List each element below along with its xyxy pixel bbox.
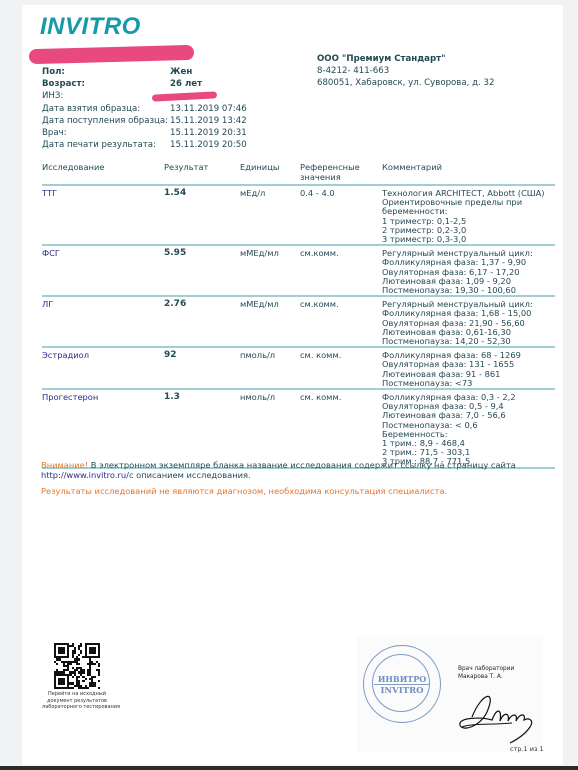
comment: Регулярный менструальный цикл:Фолликуляр… <box>382 296 555 347</box>
patient-field: Дата печати результата:15.11.2019 20:50 <box>42 139 247 151</box>
units: нмоль/л <box>240 389 300 468</box>
table-row: ЛГ2.76мМЕд/млсм.комм.Регулярный менструа… <box>42 296 555 347</box>
page-number: стр.1 из 1 <box>510 745 544 753</box>
result-value: 1.3 <box>164 389 240 468</box>
patient-field: Дата поступления образца:15.11.2019 13:4… <box>42 115 247 127</box>
notice-text-2: с описанием исследования. <box>129 470 251 480</box>
header-result: Результат <box>164 163 240 185</box>
notice-warning: Внимание! <box>41 460 88 470</box>
header-reference-line: значения <box>300 173 382 183</box>
invitro-link[interactable]: http://www.invitro.ru/ <box>41 470 129 480</box>
patient-info: Пол:ЖенВозраст:26 летИНЗ:Дата взятия обр… <box>42 66 247 151</box>
header-comment: Комментарий <box>382 163 555 185</box>
comment-line: Постменопауза: 14,20 - 52,30 <box>382 337 555 346</box>
patient-field-label: Дата взятия образца: <box>42 103 170 115</box>
qr-caption-line: Перейти на исходный <box>42 691 112 698</box>
header-reference: Референсныезначения <box>300 163 382 185</box>
result-value: 92 <box>164 347 240 389</box>
table-row: Прогестерон1.3нмоль/лсм. комм.Фолликуляр… <box>42 389 555 468</box>
notice-text: В электронном экземпляре бланка название… <box>88 460 516 470</box>
lab-info: ООО "Премиум Стандарт" 8-4212- 411-663 6… <box>317 53 494 89</box>
test-name-link[interactable]: Прогестерон <box>42 389 164 468</box>
patient-field-label: Пол: <box>42 66 170 78</box>
doctor-name: Макарова Т. А. <box>458 673 514 681</box>
test-name-link[interactable]: Эстрадиол <box>42 347 164 389</box>
patient-field-label: Возраст: <box>42 78 170 90</box>
units: мМЕд/мл <box>240 296 300 347</box>
lab-address: 680051, Хабаровск, ул. Суворова, д. 32 <box>317 77 494 89</box>
result-value: 1.54 <box>164 185 240 245</box>
patient-field: Пол:Жен <box>42 66 247 78</box>
redaction-mark <box>29 45 194 64</box>
signature-icon <box>452 687 540 747</box>
test-name-link[interactable]: ТТГ <box>42 185 164 245</box>
lab-report-page: INVITRO Пол:ЖенВозраст:26 летИНЗ:Дата вз… <box>22 5 563 765</box>
comment-line: Постменопауза: 19,30 - 100,60 <box>382 286 555 295</box>
signature-area: ИНВИТРО INVITRO Врач лаборатории Макаров… <box>357 637 542 752</box>
doctor-title: Врач лаборатории <box>458 665 514 673</box>
invitro-logo: INVITRO <box>40 13 141 41</box>
result-value: 2.76 <box>164 296 240 347</box>
table-row: ТТГ1.54мЕд/л0.4 - 4.0Технология ARCHITEC… <box>42 185 555 245</box>
test-name-link[interactable]: ЛГ <box>42 296 164 347</box>
header-units: Единицы <box>240 163 300 185</box>
qr-code-icon[interactable] <box>54 643 100 689</box>
units: мМЕд/мл <box>240 245 300 296</box>
patient-field-label: Врач: <box>42 127 170 139</box>
reference-value: см. комм. <box>300 347 382 389</box>
header-test: Исследование <box>42 163 164 185</box>
stamp-divider <box>374 684 430 685</box>
result-value: 5.95 <box>164 245 240 296</box>
qr-block[interactable]: Перейти на исходный документ результатов… <box>42 643 112 711</box>
patient-field-label: ИНЗ: <box>42 90 170 102</box>
patient-field-value: 15.11.2019 13:42 <box>170 115 247 127</box>
table-row: Эстрадиол92пмоль/лсм. комм.Фолликулярная… <box>42 347 555 389</box>
table-header-row: Исследование Результат Единицы Референсн… <box>42 163 555 185</box>
units: пмоль/л <box>240 347 300 389</box>
stamp-text-en: INVITRO <box>364 686 440 696</box>
lab-phone: 8-4212- 411-663 <box>317 65 494 77</box>
test-name-link[interactable]: ФСГ <box>42 245 164 296</box>
patient-field-value: Жен <box>170 66 192 78</box>
patient-field-value: 15.11.2019 20:31 <box>170 127 247 139</box>
table-row: ФСГ5.95мМЕд/млсм.комм.Регулярный менстру… <box>42 245 555 296</box>
lab-name: ООО "Премиум Стандарт" <box>317 53 494 65</box>
comment-line: Постменопауза: <73 <box>382 379 555 388</box>
qr-caption-line: лабораторного тестирования <box>42 704 112 711</box>
bottom-edge <box>0 766 578 770</box>
comment: Регулярный менструальный цикл:Фолликуляр… <box>382 245 555 296</box>
patient-field: Возраст:26 лет <box>42 78 247 90</box>
patient-field-value: 15.11.2019 20:50 <box>170 139 247 151</box>
comment: Фолликулярная фаза: 68 - 1269Овуляторная… <box>382 347 555 389</box>
results-table: Исследование Результат Единицы Референсн… <box>42 163 555 469</box>
disclaimer: Результаты исследований не являются диаг… <box>41 486 447 496</box>
units: мЕд/л <box>240 185 300 245</box>
comment: Технология ARCHITECT, Abbott (США)Ориент… <box>382 185 555 245</box>
reference-value: 0.4 - 4.0 <box>300 185 382 245</box>
comment: Фолликулярная фаза: 0,3 - 2,2Овуляторная… <box>382 389 555 468</box>
lab-stamp-icon: ИНВИТРО INVITRO <box>363 645 441 723</box>
reference-value: см.комм. <box>300 296 382 347</box>
reference-value: см.комм. <box>300 245 382 296</box>
patient-field-label: Дата печати результата: <box>42 139 170 151</box>
patient-field-value: 13.11.2019 07:46 <box>170 103 247 115</box>
qr-caption: Перейти на исходный документ результатов… <box>42 691 112 711</box>
comment-line: 3 триместр: 0,3-3,0 <box>382 235 555 244</box>
doctor-info: Врач лаборатории Макарова Т. А. <box>458 665 514 681</box>
patient-field: Дата взятия образца:13.11.2019 07:46 <box>42 103 247 115</box>
notice: Внимание! В электронном экземпляре бланк… <box>41 460 561 480</box>
patient-field: Врач:15.11.2019 20:31 <box>42 127 247 139</box>
stamp-text-ru: ИНВИТРО <box>364 674 440 684</box>
reference-value: см. комм. <box>300 389 382 468</box>
patient-field-label: Дата поступления образца: <box>42 115 170 127</box>
patient-field-value: 26 лет <box>170 78 202 90</box>
